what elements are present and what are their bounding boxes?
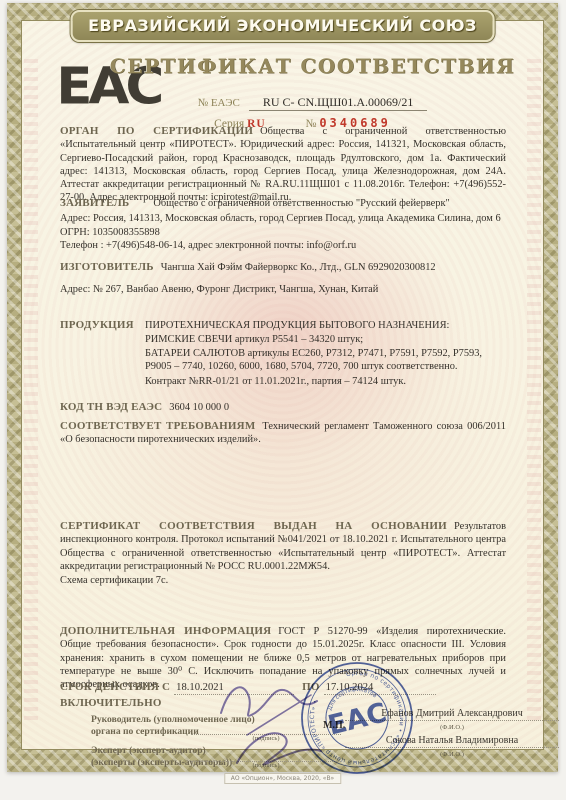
certification-body-section: ОРГАН ПО СЕРТИФИКАЦИИОбщества с ограниче… bbox=[60, 125, 506, 205]
tnved-code-value: 3604 10 000 0 bbox=[169, 402, 229, 413]
union-name: ЕВРАЗИЙСКИЙ ЭКОНОМИЧЕСКИЙ СОЮЗ bbox=[88, 16, 477, 35]
certificate: ЕВРАЗИЙСКИЙ ЭКОНОМИЧЕСКИЙ СОЮЗ ЕАС СЕРТИ… bbox=[7, 3, 558, 772]
applicant-section: ЗАЯВИТЕЛЬОбщество с ограниченной ответст… bbox=[60, 197, 506, 252]
manufacturer-section: ИЗГОТОВИТЕЛЬЧангша Хай Фэйм Файерворкс К… bbox=[60, 261, 506, 274]
production-line: БАТАРЕИ САЛЮТОВ артикулы ЕС260, Р7312, Р… bbox=[145, 347, 506, 374]
printer-note: АО «Опцион», Москва, 2020, «В» bbox=[224, 773, 341, 784]
tnved-code-section: КОД ТН ВЭД ЕАЭС3604 10 000 0 bbox=[60, 401, 506, 414]
basis-label: СЕРТИФИКАТ СООТВЕТСТВИЯ ВЫДАН НА ОСНОВАН… bbox=[60, 520, 447, 532]
applicant-address: Адрес: Россия, 141313, Московская област… bbox=[60, 212, 506, 225]
basis-paragraph: СЕРТИФИКАТ СООТВЕТСТВИЯ ВЫДАН НА ОСНОВАН… bbox=[60, 520, 506, 573]
applicant-label: ЗАЯВИТЕЛЬ bbox=[60, 197, 129, 209]
requirements-section: СООТВЕТСТВУЕТ ТРЕБОВАНИЯМТехнический рег… bbox=[60, 420, 506, 447]
certification-body-text: Общества с ограниченной ответственностью… bbox=[60, 126, 506, 203]
manufacturer-name: Чангша Хай Фэйм Файерворкс Ко., Лтд., GL… bbox=[161, 262, 436, 273]
requirements-label: СООТВЕТСТВУЕТ ТРЕБОВАНИЯМ bbox=[60, 420, 255, 432]
certification-body-label: ОРГАН ПО СЕРТИФИКАЦИИ bbox=[60, 125, 253, 137]
scanned-certificate-page: { "colors": { "accent_red": "#c0392b", "… bbox=[0, 0, 566, 800]
certificate-number-label: № ЕАЭС bbox=[198, 97, 240, 109]
additional-info-label: ДОПОЛНИТЕЛЬНАЯ ИНФОРМАЦИЯ bbox=[60, 625, 271, 637]
applicant-phone: Телефон : +7(496)548-06-14, адрес электр… bbox=[60, 239, 506, 252]
validity-inclusive-label: ВКЛЮЧИТЕЛЬНО bbox=[60, 697, 162, 709]
production-line: РИМСКИЕ СВЕЧИ артикул Р5541 – 34320 штук… bbox=[145, 333, 506, 346]
certificate-number-value: RU С- CN.ЩШ01.А.00069/21 bbox=[249, 95, 428, 111]
production-line: ПИРОТЕХНИЧЕСКАЯ ПРОДУКЦИЯ БЫТОВОГО НАЗНА… bbox=[145, 319, 506, 332]
production-line: Контракт №RR-01/21 от 11.01.2021г., парт… bbox=[145, 375, 506, 388]
manufacturer-label: ИЗГОТОВИТЕЛЬ bbox=[60, 261, 154, 273]
union-banner: ЕВРАЗИЙСКИЙ ЭКОНОМИЧЕСКИЙ СОЮЗ bbox=[70, 10, 495, 42]
basis-section: СЕРТИФИКАТ СООТВЕТСТВИЯ ВЫДАН НА ОСНОВАН… bbox=[60, 520, 506, 587]
production-label: ПРОДУКЦИЯ bbox=[60, 319, 138, 332]
production-section: ПРОДУКЦИЯ ПИРОТЕХНИЧЕСКАЯ ПРОДУКЦИЯ БЫТО… bbox=[60, 319, 506, 389]
applicant-name: Общество с ограниченной ответственностью… bbox=[153, 198, 449, 209]
manufacturer-address: Адрес: № 267, Ванбао Авеню, Фуронг Дистр… bbox=[60, 283, 506, 296]
tnved-code-label: КОД ТН ВЭД ЕАЭС bbox=[60, 401, 162, 413]
applicant-ogrn: ОГРН: 1035008355898 bbox=[60, 226, 506, 239]
production-lines: ПИРОТЕХНИЧЕСКАЯ ПРОДУКЦИЯ БЫТОВОГО НАЗНА… bbox=[145, 319, 506, 389]
certificate-number-line: № ЕАЭС RU С- CN.ЩШ01.А.00069/21 bbox=[7, 95, 558, 110]
validity-from-label: СРОК ДЕЙСТВИЯ С bbox=[60, 681, 170, 693]
certificate-title: СЕРТИФИКАТ СООТВЕТСТВИЯ bbox=[7, 54, 558, 78]
certification-scheme: Схема сертификации 7с. bbox=[60, 574, 506, 587]
